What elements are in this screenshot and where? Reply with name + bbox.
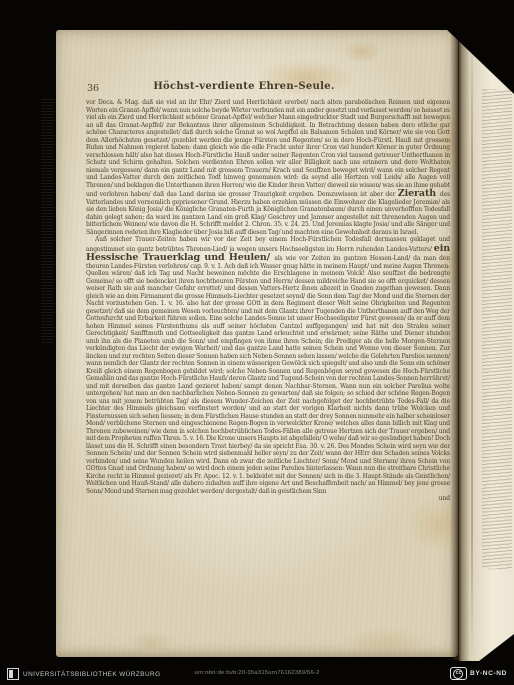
body-paragraph: vor Deca. & Mag. daß sie viel an ihr Ehr… xyxy=(86,99,450,236)
library-logo-icon xyxy=(7,668,19,680)
body-text: vor Deca. & Mag. daß sie viel an ihr Ehr… xyxy=(86,99,450,503)
left-pages-fore-edge xyxy=(41,98,54,343)
book-scan: 36 Höchst-verdiente Ehren-Seule. vor Dec… xyxy=(0,0,514,685)
running-title: Höchst-verdiente Ehren-Seule. xyxy=(56,81,432,92)
cc-icon: cc xyxy=(450,667,467,680)
catchword: und xyxy=(86,495,450,503)
urn-label: urn:nbn:de:bvb:20-35a315urn76162389/56-2 xyxy=(120,670,394,676)
page-crease xyxy=(471,27,473,661)
cc-license-badge: cc BY-NC-ND xyxy=(450,667,507,680)
body-paragraph: Auß solcher Trauer-Zeiten haben wir vor … xyxy=(86,236,450,495)
provenance-footer: UNIVERSITÄTSBIBLIOTHEK WÜRZBURG urn:nbn:… xyxy=(0,661,514,685)
book-page: 36 Höchst-verdiente Ehren-Seule. vor Dec… xyxy=(56,30,458,657)
adjacent-page-faint-text xyxy=(482,88,512,569)
adjacent-page-edge xyxy=(459,27,514,661)
license-label: BY-NC-ND xyxy=(470,670,507,677)
